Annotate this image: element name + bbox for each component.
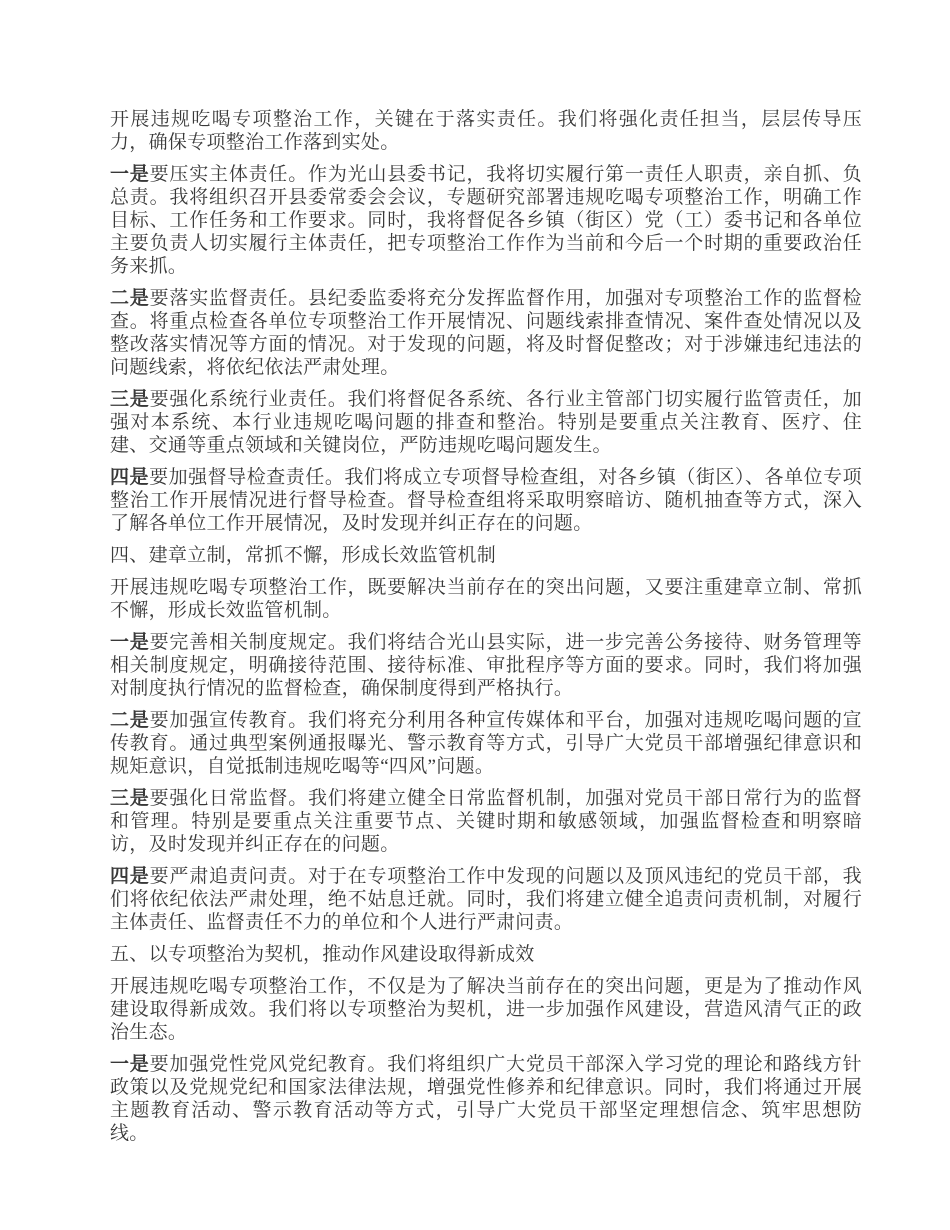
paragraph-lead: 二是 (110, 710, 150, 731)
paragraph: 开展违规吃喝专项整治工作，不仅是为了解决当前存在的突出问题，更是为了推动作风建设… (110, 975, 862, 1044)
paragraph-text: 开展违规吃喝专项整治工作，既要解决当前存在的突出问题，又要注重建章立制、常抓不懈… (110, 577, 862, 621)
paragraph: 开展违规吃喝专项整治工作，既要解决当前存在的突出问题，又要注重建章立制、常抓不懈… (110, 576, 862, 622)
paragraph: 一是要完善相关制度规定。我们将结合光山县实际，进一步完善公务接待、财务管理等相关… (110, 631, 862, 700)
section-heading-text: 四、建章立制，常抓不懈，形成长效监管机制 (110, 545, 496, 566)
paragraph-text: 要压实主体责任。作为光山县委书记，我将切实履行第一责任人职责，亲自抓、负总责。我… (110, 164, 862, 277)
document-page: { "page": { "background_color": "#ffffff… (0, 0, 950, 1230)
section-heading-5: 五、以专项整治为契机，推动作风建设取得新成效 (110, 943, 862, 966)
paragraph: 开展违规吃喝专项整治工作，关键在于落实责任。我们将强化责任担当，层层传导压力，确… (110, 108, 862, 154)
paragraph: 三是要强化日常监督。我们将建立健全日常监督机制，加强对党员干部日常行为的监督和管… (110, 787, 862, 856)
paragraph: 二是要落实监督责任。县纪委监委将充分发挥监督作用，加强对专项整治工作的监督检查。… (110, 287, 862, 379)
paragraph-text: 要严肃追责问责。对于在专项整治工作中发现的问题以及顶风违纪的党员干部，我们将依纪… (110, 866, 862, 933)
paragraph-text: 要加强党性党风党纪教育。我们将组织广大党员干部深入学习党的理论和路线方针政策以及… (110, 1054, 862, 1144)
paragraph-lead: 一是 (110, 632, 150, 653)
paragraph-lead: 一是 (110, 1054, 150, 1075)
paragraph-text: 要加强督导检查责任。我们将成立专项督导检查组，对各乡镇（街区）、各单位专项整治工… (110, 467, 862, 534)
paragraph: 三是要强化系统行业责任。我们将督促各系统、各行业主管部门切实履行监管责任，加强对… (110, 388, 862, 457)
paragraph-lead: 一是 (110, 164, 150, 185)
paragraph-lead: 二是 (110, 288, 150, 309)
paragraph-text: 要落实监督责任。县纪委监委将充分发挥监督作用，加强对专项整治工作的监督检查。将重… (110, 288, 862, 378)
paragraph: 二是要加强宣传教育。我们将充分利用各种宣传媒体和平台，加强对违规吃喝问题的宣传教… (110, 709, 862, 778)
paragraph: 一是要压实主体责任。作为光山县委书记，我将切实履行第一责任人职责，亲自抓、负总责… (110, 163, 862, 278)
document-body: 开展违规吃喝专项整治工作，关键在于落实责任。我们将强化责任担当，层层传导压力，确… (110, 108, 862, 1154)
paragraph-text: 开展违规吃喝专项整治工作，不仅是为了解决当前存在的突出问题，更是为了推动作风建设… (110, 976, 862, 1043)
paragraph: 四是要加强督导检查责任。我们将成立专项督导检查组，对各乡镇（街区）、各单位专项整… (110, 466, 862, 535)
paragraph: 四是要严肃追责问责。对于在专项整治工作中发现的问题以及顶风违纪的党员干部，我们将… (110, 865, 862, 934)
paragraph-text: 要加强宣传教育。我们将充分利用各种宣传媒体和平台，加强对违规吃喝问题的宣传教育。… (110, 710, 862, 777)
section-heading-text: 五、以专项整治为契机，推动作风建设取得新成效 (110, 944, 535, 965)
paragraph-text: 要强化日常监督。我们将建立健全日常监督机制，加强对党员干部日常行为的监督和管理。… (110, 788, 862, 855)
paragraph-lead: 三是 (110, 788, 150, 809)
paragraph-lead: 四是 (110, 467, 149, 488)
paragraph-text: 开展违规吃喝专项整治工作，关键在于落实责任。我们将强化责任担当，层层传导压力，确… (110, 109, 862, 153)
paragraph-text: 要完善相关制度规定。我们将结合光山县实际，进一步完善公务接待、财务管理等相关制度… (110, 632, 862, 699)
paragraph-lead: 三是 (110, 389, 150, 410)
paragraph-text: 要强化系统行业责任。我们将督促各系统、各行业主管部门切实履行监管责任，加强对本系… (110, 389, 862, 456)
paragraph: 一是要加强党性党风党纪教育。我们将组织广大党员干部深入学习党的理论和路线方针政策… (110, 1053, 862, 1145)
section-heading-4: 四、建章立制，常抓不懈，形成长效监管机制 (110, 544, 862, 567)
paragraph-lead: 四是 (110, 866, 150, 887)
